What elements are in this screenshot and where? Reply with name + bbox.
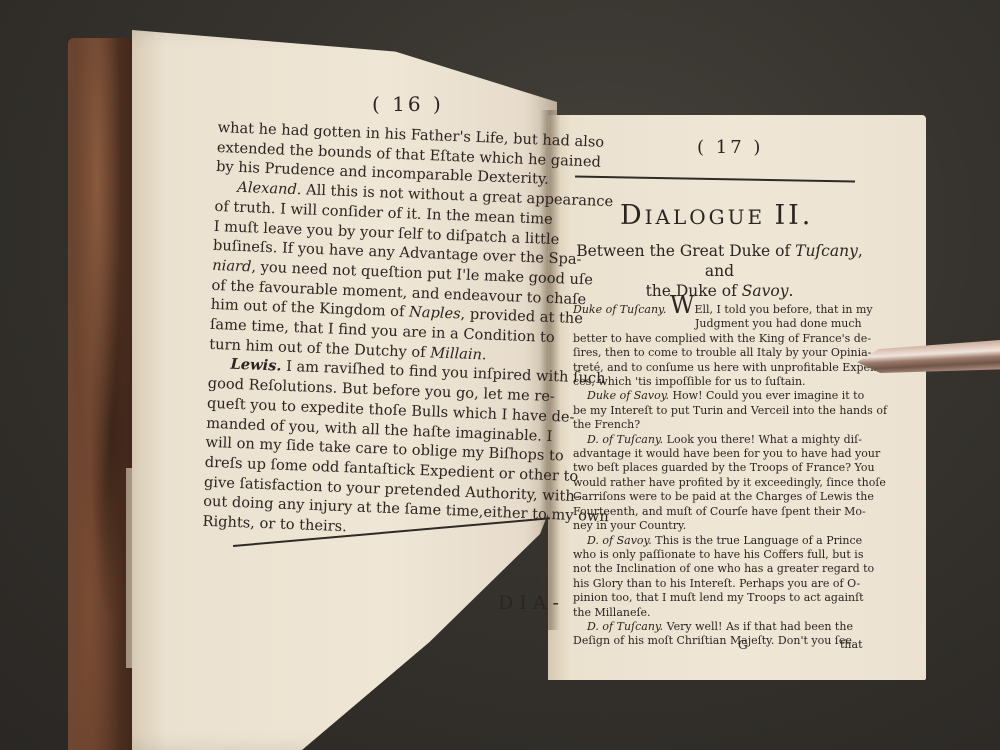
text-line: D. of Tuſcany. Very well! As if that had… xyxy=(573,620,871,634)
text-line: the French? xyxy=(573,418,871,432)
speaker-name: D. of Tuſcany. xyxy=(587,433,663,446)
text-line: his Glory than to his Intereſt. Perhaps … xyxy=(573,577,871,591)
catchword-left: DIA- xyxy=(498,592,565,614)
page-number-right: ( 17 ) xyxy=(697,137,763,158)
book-spine xyxy=(68,38,140,750)
speaker-name: Alexand. xyxy=(237,179,302,198)
text-line: better to have complied with the King of… xyxy=(573,332,871,346)
speaker-name: Lewis. xyxy=(230,356,282,375)
text-line: Duke of Savoy. How! Could you ever imagi… xyxy=(573,389,871,403)
dialogue-subtitle: Between the Great Duke of Tuſcany, and t… xyxy=(572,241,867,301)
drop-cap: W xyxy=(670,291,695,319)
text-line: not the Inclination of one who has a gre… xyxy=(573,562,871,576)
text-line: Garriſons were to be paid at the Charges… xyxy=(573,490,871,504)
text-line: treté, and to conſume us here with unpro… xyxy=(573,361,871,375)
right-page-text: Duke of Tuſcany. WEll, I told you before… xyxy=(573,300,871,649)
text-line: D. of Savoy. This is the true Language o… xyxy=(573,534,871,548)
text-line: pinion too, that I muſt lend my Troops t… xyxy=(573,591,871,605)
catchword-right: that xyxy=(840,638,862,651)
left-page-text: what he had gotten in his Father's Life,… xyxy=(202,118,554,544)
text-line: Duke of Tuſcany. WEll, I told you before… xyxy=(573,300,871,317)
text-line: ney in your Country. xyxy=(573,519,871,533)
text-line: ſires, then to come to trouble all Italy… xyxy=(573,346,871,360)
speaker-name: D. of Savoy. xyxy=(587,534,652,547)
text-line: two beſt places guarded by the Troops of… xyxy=(573,461,871,475)
speaker-name: Duke of Savoy. xyxy=(587,389,669,402)
text-line: be my Intereſt to put Turin and Verceil … xyxy=(573,404,871,418)
text-line: D. of Tuſcany. Look you there! What a mi… xyxy=(573,433,871,447)
text-line: ces, which 'tis impoſſible for us to ſuſ… xyxy=(573,375,871,389)
text-line: Judgment you had done much xyxy=(573,317,871,331)
text-line: who is only paſſionate to have his Coffe… xyxy=(573,548,871,562)
speaker-name: Duke of Tuſcany. xyxy=(573,303,666,316)
text-line: advantage it would have been for you to … xyxy=(573,447,871,461)
text-line: would rather have profited by it exceedi… xyxy=(573,476,871,490)
text-line: Fourteenth, and muſt of Courſe have ſpen… xyxy=(573,505,871,519)
page-number-left: ( 16 ) xyxy=(372,92,444,116)
speaker-name: D. of Tuſcany. xyxy=(587,620,663,633)
dialogue-heading: DIALOGUE II. xyxy=(620,200,813,231)
signature-mark: G xyxy=(738,638,748,652)
text-line: Deſign of his moſt Chriſtian Majeſty. Do… xyxy=(573,634,871,648)
text-line: the Millaneſe. xyxy=(573,606,871,620)
